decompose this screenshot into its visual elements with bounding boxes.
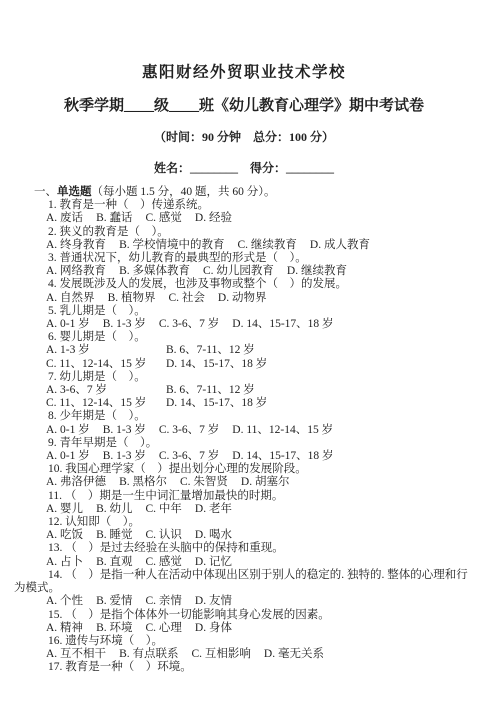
option: D. 身体	[195, 622, 232, 634]
option: D. 14、15-17、18 岁	[232, 318, 333, 330]
option: D. 14、15-17、18 岁	[166, 358, 267, 370]
question-text: 13. （ ）是过去经验在头脑中的保持和重现。	[14, 542, 474, 555]
exam-paper-page: 惠阳财经外贸职业技术学校 秋季学期____级____班《幼儿教育心理学》期中考试…	[0, 0, 500, 707]
question-text: 12. 认知即（ ）。	[14, 516, 474, 529]
question-text: 15. （ ）是指个体体外一切能影响其身心发展的因素。	[14, 609, 474, 622]
option-line: A. 终身教育B. 学校情境中的教育C. 继续教育D. 成人教育	[14, 239, 474, 252]
option-line: A. 婴儿B. 幼儿C. 中年D. 老年	[14, 503, 474, 516]
question-text: 17. 教育是一种（ ）环境。	[14, 661, 474, 674]
option: C. 认识	[145, 529, 181, 541]
option-line: A. 个性B. 爱情C. 亲情D. 友情	[14, 595, 474, 608]
option: B. 学校情境中的教育	[119, 239, 224, 251]
question-text: 16. 遗传与环境（ ）。	[14, 635, 474, 648]
option: B. 有点联系	[119, 648, 178, 660]
question-text: 9. 青年早期是（ ）。	[14, 437, 474, 450]
question-text: 4. 发展既涉及人的发展，也涉及事物或整个（ ）的发展。	[14, 278, 474, 291]
option: B. 1-3 岁	[103, 424, 146, 436]
option: A. 网络教育	[46, 265, 106, 277]
option: D. 喝水	[195, 529, 232, 541]
option: C. 心理	[145, 622, 181, 634]
option: B. 睡觉	[96, 529, 132, 541]
option: B. 黑格尔	[119, 476, 167, 488]
option: A. 占卜	[46, 556, 83, 568]
name-score-line: 姓名：________ 得分：________	[14, 159, 474, 176]
option-line: A. 吃饭B. 睡觉C. 认识D. 喝水	[14, 529, 474, 542]
option-line: A. 0-1 岁B. 1-3 岁C. 3-6、7 岁D. 14、15-17、18…	[14, 318, 474, 331]
option: D. 继续教育	[287, 265, 347, 277]
option: B. 幼儿	[96, 503, 132, 515]
option-line: A. 1-3 岁B. 6、7-11、12 岁	[14, 344, 474, 357]
section-number: 一、	[34, 186, 57, 198]
school-name: 惠阳财经外贸职业技术学校	[14, 60, 474, 82]
option: C. 朱智贤	[180, 476, 228, 488]
option-line: C. 11、12-14、15 岁D. 14、15-17、18 岁	[14, 397, 474, 410]
question-text: 10. 我国心理学家（ ）提出划分心理的发展阶段。	[14, 463, 474, 476]
option: A. 互不相干	[46, 648, 106, 660]
option: D. 老年	[195, 503, 232, 515]
option-line: A. 3-6、7 岁B. 6、7-11、12 岁	[14, 384, 474, 397]
time-total-line: （时间：90 分钟 总分：100 分）	[14, 128, 474, 145]
question-text: 14. （ ）是指一种人在活动中体现出区别于别人的稳定的. 独特的. 整体的心理…	[14, 569, 474, 595]
question-text: 8. 少年期是（ ）。	[14, 410, 474, 423]
option-line: A. 弗洛伊德B. 黑格尔C. 朱智贤D. 胡塞尔	[14, 476, 474, 489]
option: D. 记忆	[195, 556, 232, 568]
option: B. 直观	[96, 556, 132, 568]
option: D. 14、15-17、18 岁	[232, 450, 333, 462]
exam-title: 秋季学期____级____班《幼儿教育心理学》期中考试卷	[14, 94, 474, 115]
option: D. 动物界	[218, 292, 267, 304]
option-line: A. 0-1 岁B. 1-3 岁C. 3-6、7 岁D. 11、12-14、15…	[14, 424, 474, 437]
option: A. 0-1 岁	[46, 424, 90, 436]
option: C. 3-6、7 岁	[159, 318, 219, 330]
option: B. 1-3 岁	[103, 318, 146, 330]
option: C. 11、12-14、15 岁	[46, 358, 166, 371]
option: C. 感觉	[145, 556, 181, 568]
option: A. 0-1 岁	[46, 450, 90, 462]
question-list: 1. 教育是一种（ ）传递系统。A. 废话B. 蠢话C. 感觉D. 经验2. 狭…	[14, 199, 474, 674]
option: A. 0-1 岁	[46, 318, 90, 330]
question-text: 2. 狭义的教育是（ ）。	[14, 226, 474, 239]
option: C. 感觉	[145, 212, 181, 224]
option: D. 胡塞尔	[241, 476, 290, 488]
option: A. 自然界	[46, 292, 95, 304]
option: A. 终身教育	[46, 239, 106, 251]
option: C. 11、12-14、15 岁	[46, 397, 166, 410]
option-line: A. 废话B. 蠢话C. 感觉D. 经验	[14, 212, 474, 225]
option: B. 多媒体教育	[119, 265, 190, 277]
section-title: 一、单选题（每小题 1.5 分，40 题，共 60 分）。	[14, 186, 474, 199]
option: B. 6、7-11、12 岁	[166, 384, 255, 396]
question-text: 5. 乳儿期是（ ）。	[14, 305, 474, 318]
option: A. 个性	[46, 595, 83, 607]
option: C. 中年	[145, 503, 181, 515]
option-line: A. 0-1 岁B. 1-3 岁C. 3-6、7 岁D. 14、15-17、18…	[14, 450, 474, 463]
option: C. 继续教育	[237, 239, 296, 251]
option: D. 成人教育	[310, 239, 370, 251]
option: D. 11、12-14、15 岁	[232, 424, 333, 436]
option: D. 经验	[195, 212, 232, 224]
question-text: 1. 教育是一种（ ）传递系统。	[14, 199, 474, 212]
option: A. 弗洛伊德	[46, 476, 106, 488]
option: C. 幼儿园教育	[203, 265, 274, 277]
question-text: 6. 婴儿期是（ ）。	[14, 331, 474, 344]
option: C. 亲情	[145, 595, 181, 607]
option: B. 蠢话	[96, 212, 132, 224]
option: A. 1-3 岁	[46, 344, 166, 357]
question-text: 7. 幼儿期是（ ）。	[14, 371, 474, 384]
option: C. 社会	[168, 292, 204, 304]
option: A. 吃饭	[46, 529, 83, 541]
option-line: A. 占卜B. 直观C. 感觉D. 记忆	[14, 556, 474, 569]
option: B. 环境	[96, 622, 132, 634]
question-text: 11. （ ）期是一生中词汇量增加最快的时期。	[14, 490, 474, 503]
option: B. 6、7-11、12 岁	[166, 344, 255, 356]
option-line: A. 网络教育B. 多媒体教育C. 幼儿园教育D. 继续教育	[14, 265, 474, 278]
option: C. 3-6、7 岁	[159, 424, 219, 436]
option: C. 互相影响	[191, 648, 250, 660]
option-line: A. 自然界B. 植物界C. 社会D. 动物界	[14, 292, 474, 305]
option: A. 3-6、7 岁	[46, 384, 166, 397]
option-line: A. 精神B. 环境C. 心理D. 身体	[14, 622, 474, 635]
option: D. 友情	[195, 595, 232, 607]
question-text: 3. 普通状况下，幼儿教育的最典型的形式是（ ）。	[14, 252, 474, 265]
option-line: C. 11、12-14、15 岁D. 14、15-17、18 岁	[14, 358, 474, 371]
option: C. 3-6、7 岁	[159, 450, 219, 462]
section-name: 单选题	[57, 186, 92, 198]
option: A. 精神	[46, 622, 83, 634]
option-line: A. 互不相干B. 有点联系C. 互相影响D. 毫无关系	[14, 648, 474, 661]
option: A. 婴儿	[46, 503, 83, 515]
option: A. 废话	[46, 212, 83, 224]
section-note: （每小题 1.5 分，40 题，共 60 分）。	[92, 186, 276, 198]
option: B. 1-3 岁	[103, 450, 146, 462]
option: D. 毫无关系	[264, 648, 324, 660]
option: B. 植物界	[108, 292, 156, 304]
option: D. 14、15-17、18 岁	[166, 397, 267, 409]
option: B. 爱情	[96, 595, 132, 607]
